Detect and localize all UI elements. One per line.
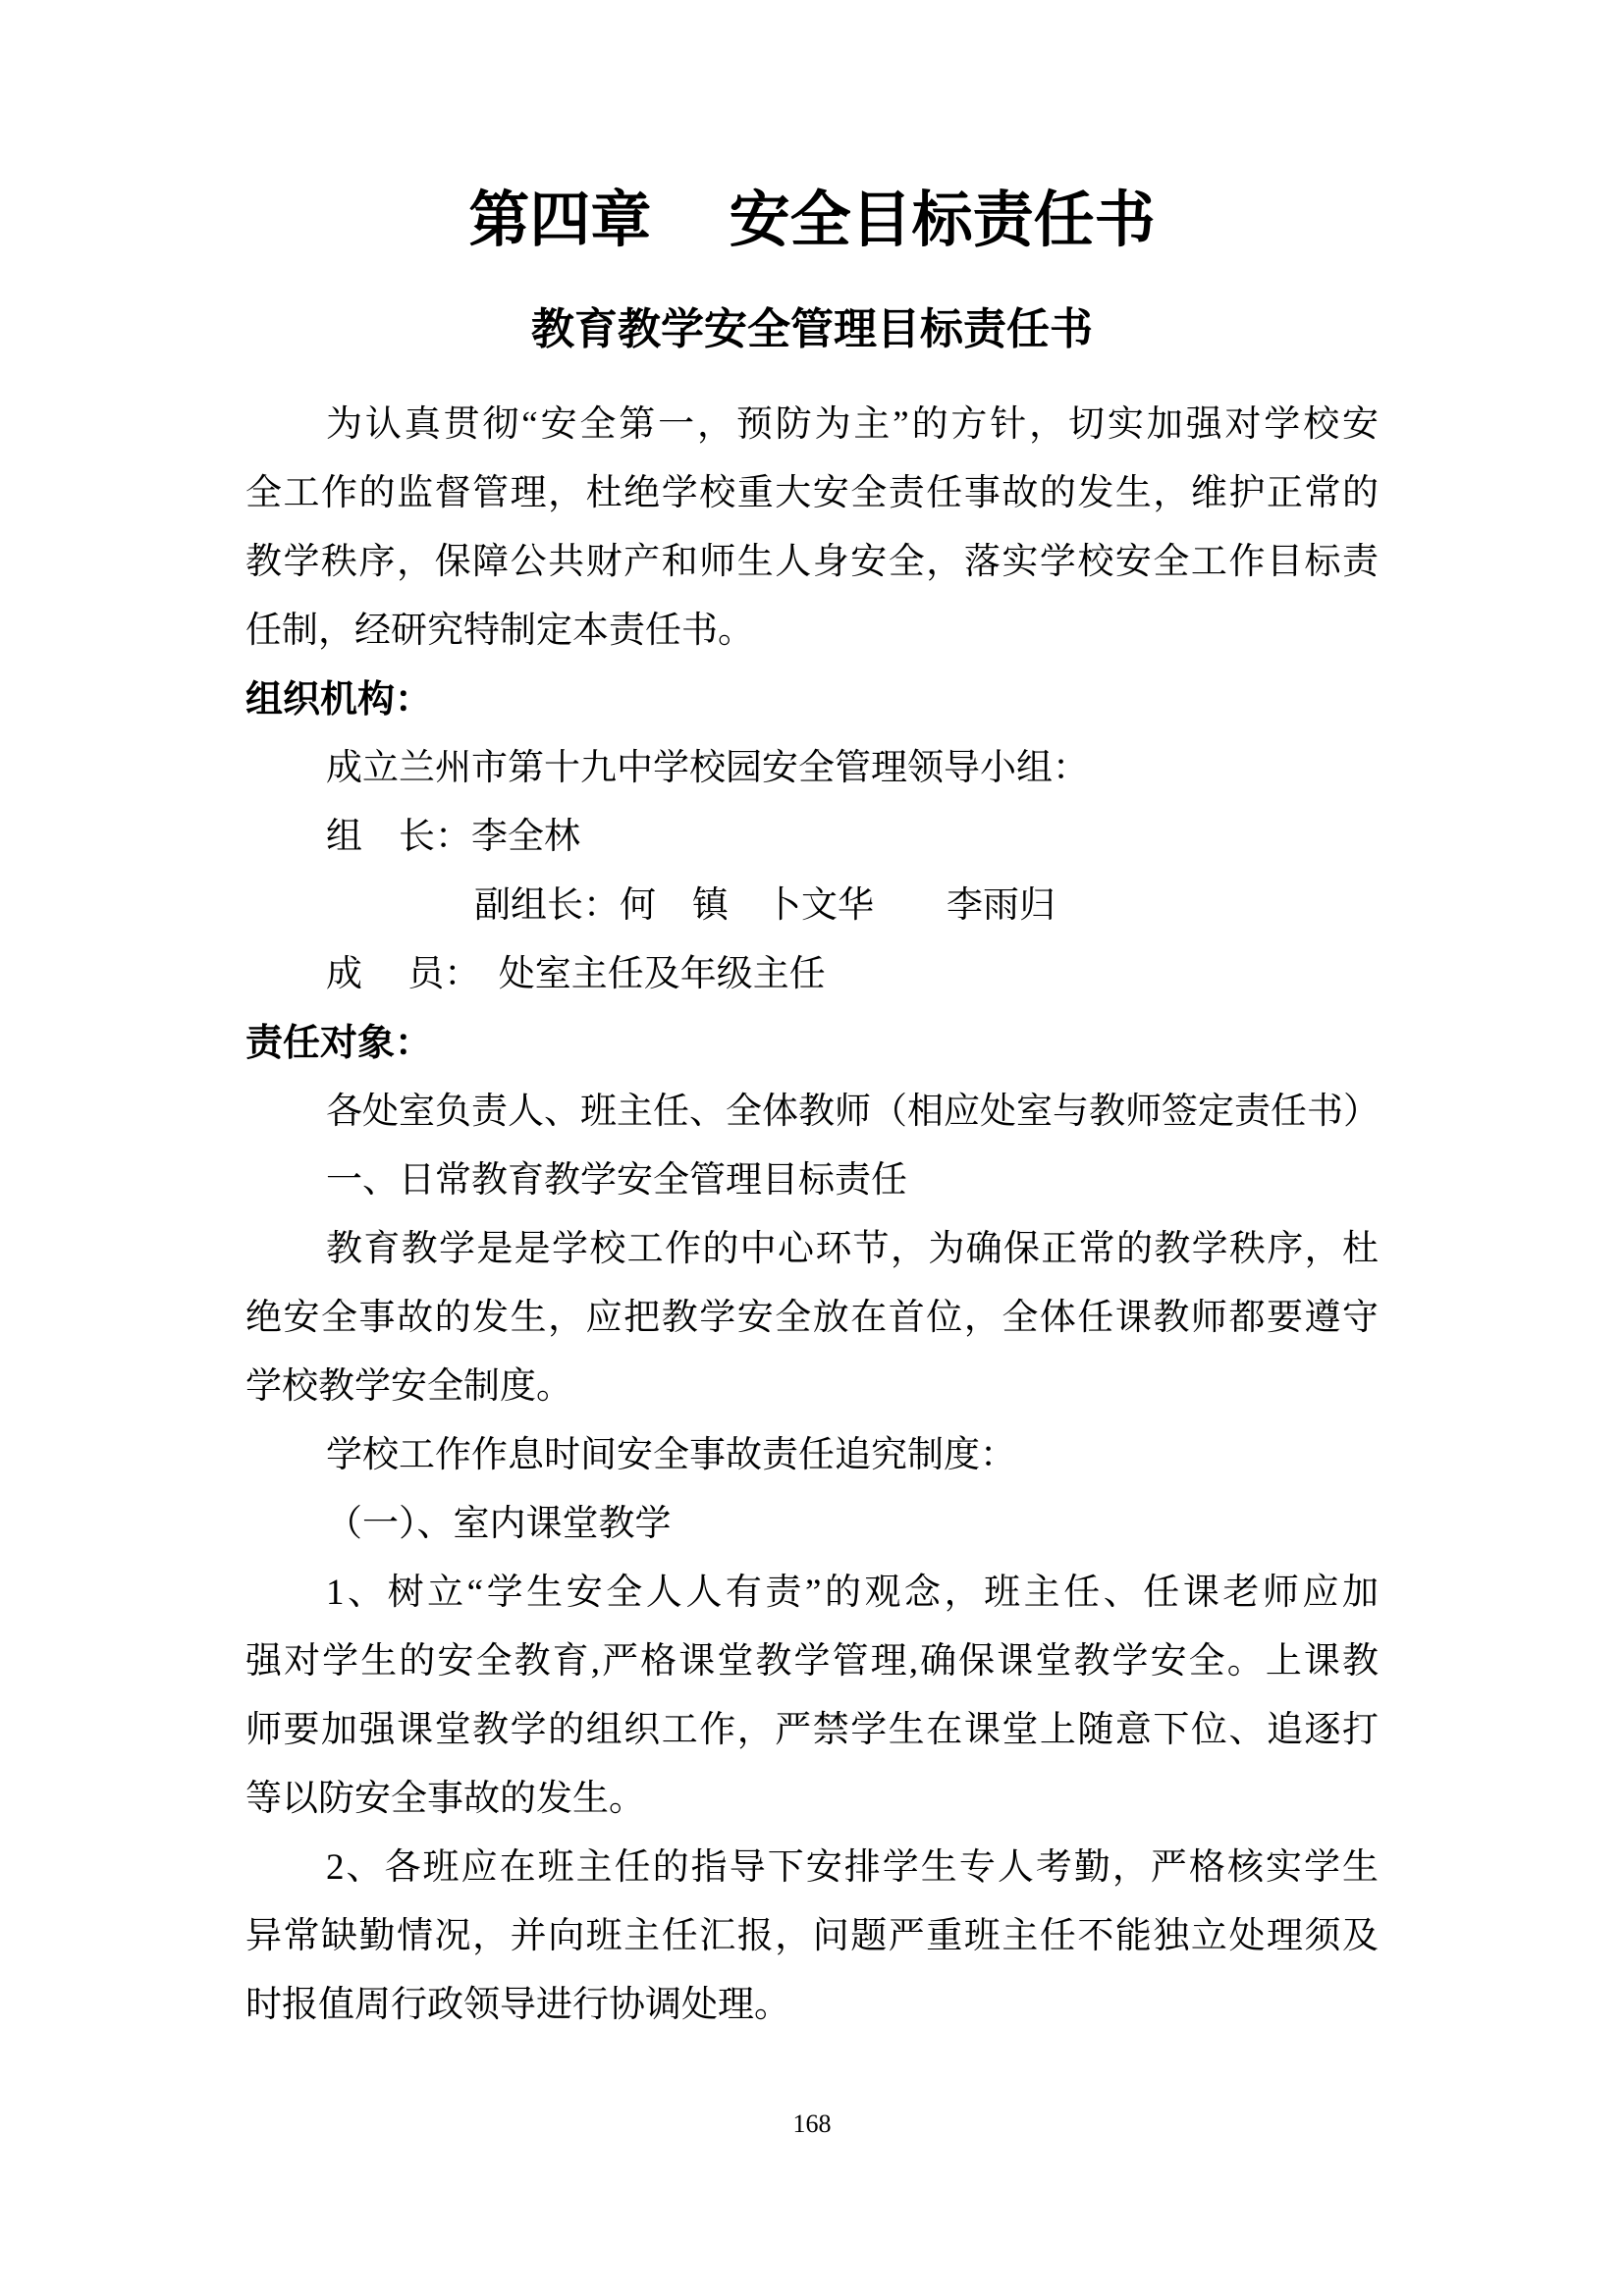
numbered-item-line: 2、各班应在班主任的指导下安排学生专人考勤，严格核实学生 — [245, 1834, 1379, 1902]
page-number: 168 — [0, 2105, 1624, 2144]
paragraph-line: 等以防安全事故的发生。 — [245, 1765, 1379, 1834]
section-header-organization: 组织机构： — [245, 666, 1379, 734]
paragraph-line: 强对学生的安全教育,严格课堂教学管理,确保课堂教学安全。上课教 — [245, 1628, 1379, 1696]
sub-section-heading: （一）、室内课堂教学 — [245, 1490, 1379, 1559]
paragraph-line: 学校工作作息时间安全事故责任追究制度： — [245, 1421, 1379, 1490]
section-header-responsibility-target: 责任对象： — [245, 1009, 1379, 1078]
paragraph-line: 全工作的监督管理，杜绝学校重大安全责任事故的发生，维护正常的 — [245, 459, 1379, 528]
deputy-leader-line: 副组长：何 镇 卜文华 李雨归 — [245, 872, 1379, 940]
paragraph-line: 师要加强课堂教学的组织工作，严禁学生在课堂上随意下位、追逐打 — [245, 1696, 1379, 1765]
document-title: 教育教学安全管理目标责任书 — [0, 303, 1624, 356]
paragraph-line: 为认真贯彻“安全第一，预防为主”的方针，切实加强对学校安 — [245, 391, 1379, 459]
paragraph-line: 任制，经研究特制定本责任书。 — [245, 597, 1379, 666]
chapter-title: 第四章 安全目标责任书 — [0, 182, 1624, 260]
paragraph-line: 异常缺勤情况，并向班主任汇报，问题严重班主任不能独立处理须及 — [245, 1902, 1379, 1971]
document-page: 第四章 安全目标责任书 教育教学安全管理目标责任书 为认真贯彻“安全第一，预防为… — [0, 0, 1624, 2296]
paragraph-line: 各处室负责人、班主任、全体教师（相应处室与教师签定责任书） — [245, 1078, 1379, 1147]
leader-line: 组 长：李全林 — [245, 803, 1379, 872]
members-line: 成 员： 处室主任及年级主任 — [245, 940, 1379, 1009]
document-body: 为认真贯彻“安全第一，预防为主”的方针，切实加强对学校安 全工作的监督管理，杜绝… — [0, 391, 1624, 2040]
paragraph-line: 时报值周行政领导进行协调处理。 — [245, 1971, 1379, 2040]
list-item-heading: 一、日常教育教学安全管理目标责任 — [245, 1147, 1379, 1215]
paragraph-line: 教育教学是是学校工作的中心环节，为确保正常的教学秩序，杜 — [245, 1215, 1379, 1284]
paragraph-line: 教学秩序，保障公共财产和师生人身安全，落实学校安全工作目标责 — [245, 528, 1379, 597]
paragraph-line: 学校教学安全制度。 — [245, 1353, 1379, 1421]
paragraph-line: 绝安全事故的发生，应把教学安全放在首位，全体任课教师都要遵守 — [245, 1284, 1379, 1353]
numbered-item-line: 1、树立“学生安全人人有责”的观念，班主任、任课老师应加 — [245, 1559, 1379, 1628]
paragraph-line: 成立兰州市第十九中学校园安全管理领导小组： — [245, 734, 1379, 803]
